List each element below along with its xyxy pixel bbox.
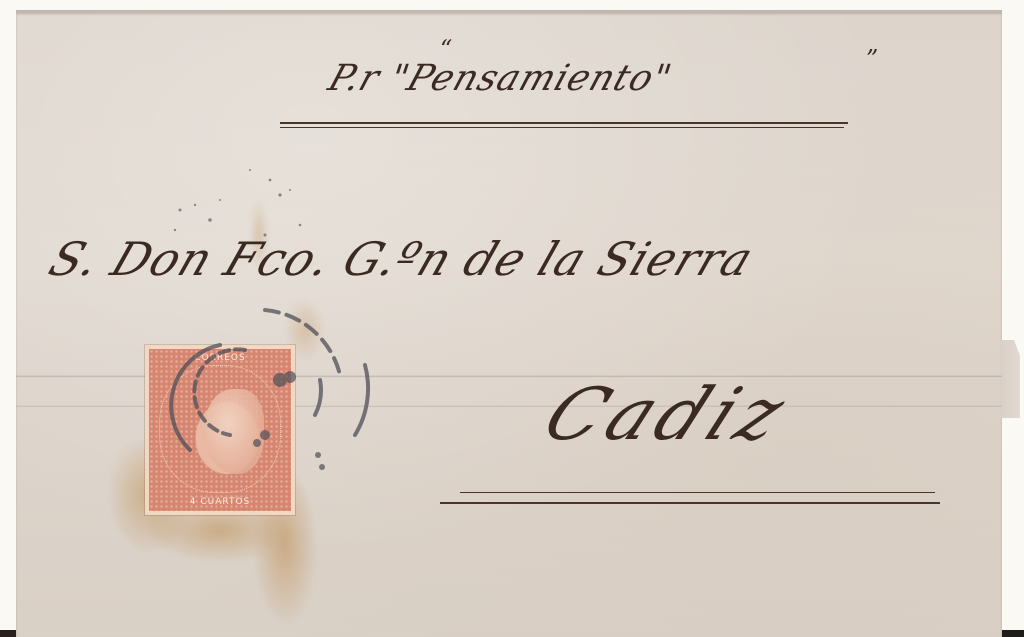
vessel-quote-close: ” xyxy=(866,45,879,73)
edge-strip xyxy=(0,630,16,637)
underline-rule xyxy=(280,122,848,124)
edge-strip xyxy=(1002,630,1024,637)
recipient-name: S. Don Fco. G.ºn de la Sierra xyxy=(42,232,761,286)
stamp-top-label: CORREOS xyxy=(149,353,291,363)
letter-scene: “ P.r "Pensamiento" ” S. Don Fco. G.ºn d… xyxy=(0,0,1024,637)
stamp-bottom-label: 4 CUARTOS xyxy=(149,497,291,507)
underline-rule xyxy=(440,502,940,504)
postage-stamp: CORREOS 4 CUARTOS xyxy=(145,345,295,515)
paper-flap xyxy=(1000,340,1020,418)
queen-portrait-icon xyxy=(204,389,264,474)
destination-city: Cadiz xyxy=(531,372,803,456)
vessel-endorsement: P.r "Pensamiento" xyxy=(323,58,677,99)
underline-rule xyxy=(460,492,935,493)
stamp-design: CORREOS 4 CUARTOS xyxy=(149,349,291,511)
underline-rule xyxy=(280,127,844,128)
